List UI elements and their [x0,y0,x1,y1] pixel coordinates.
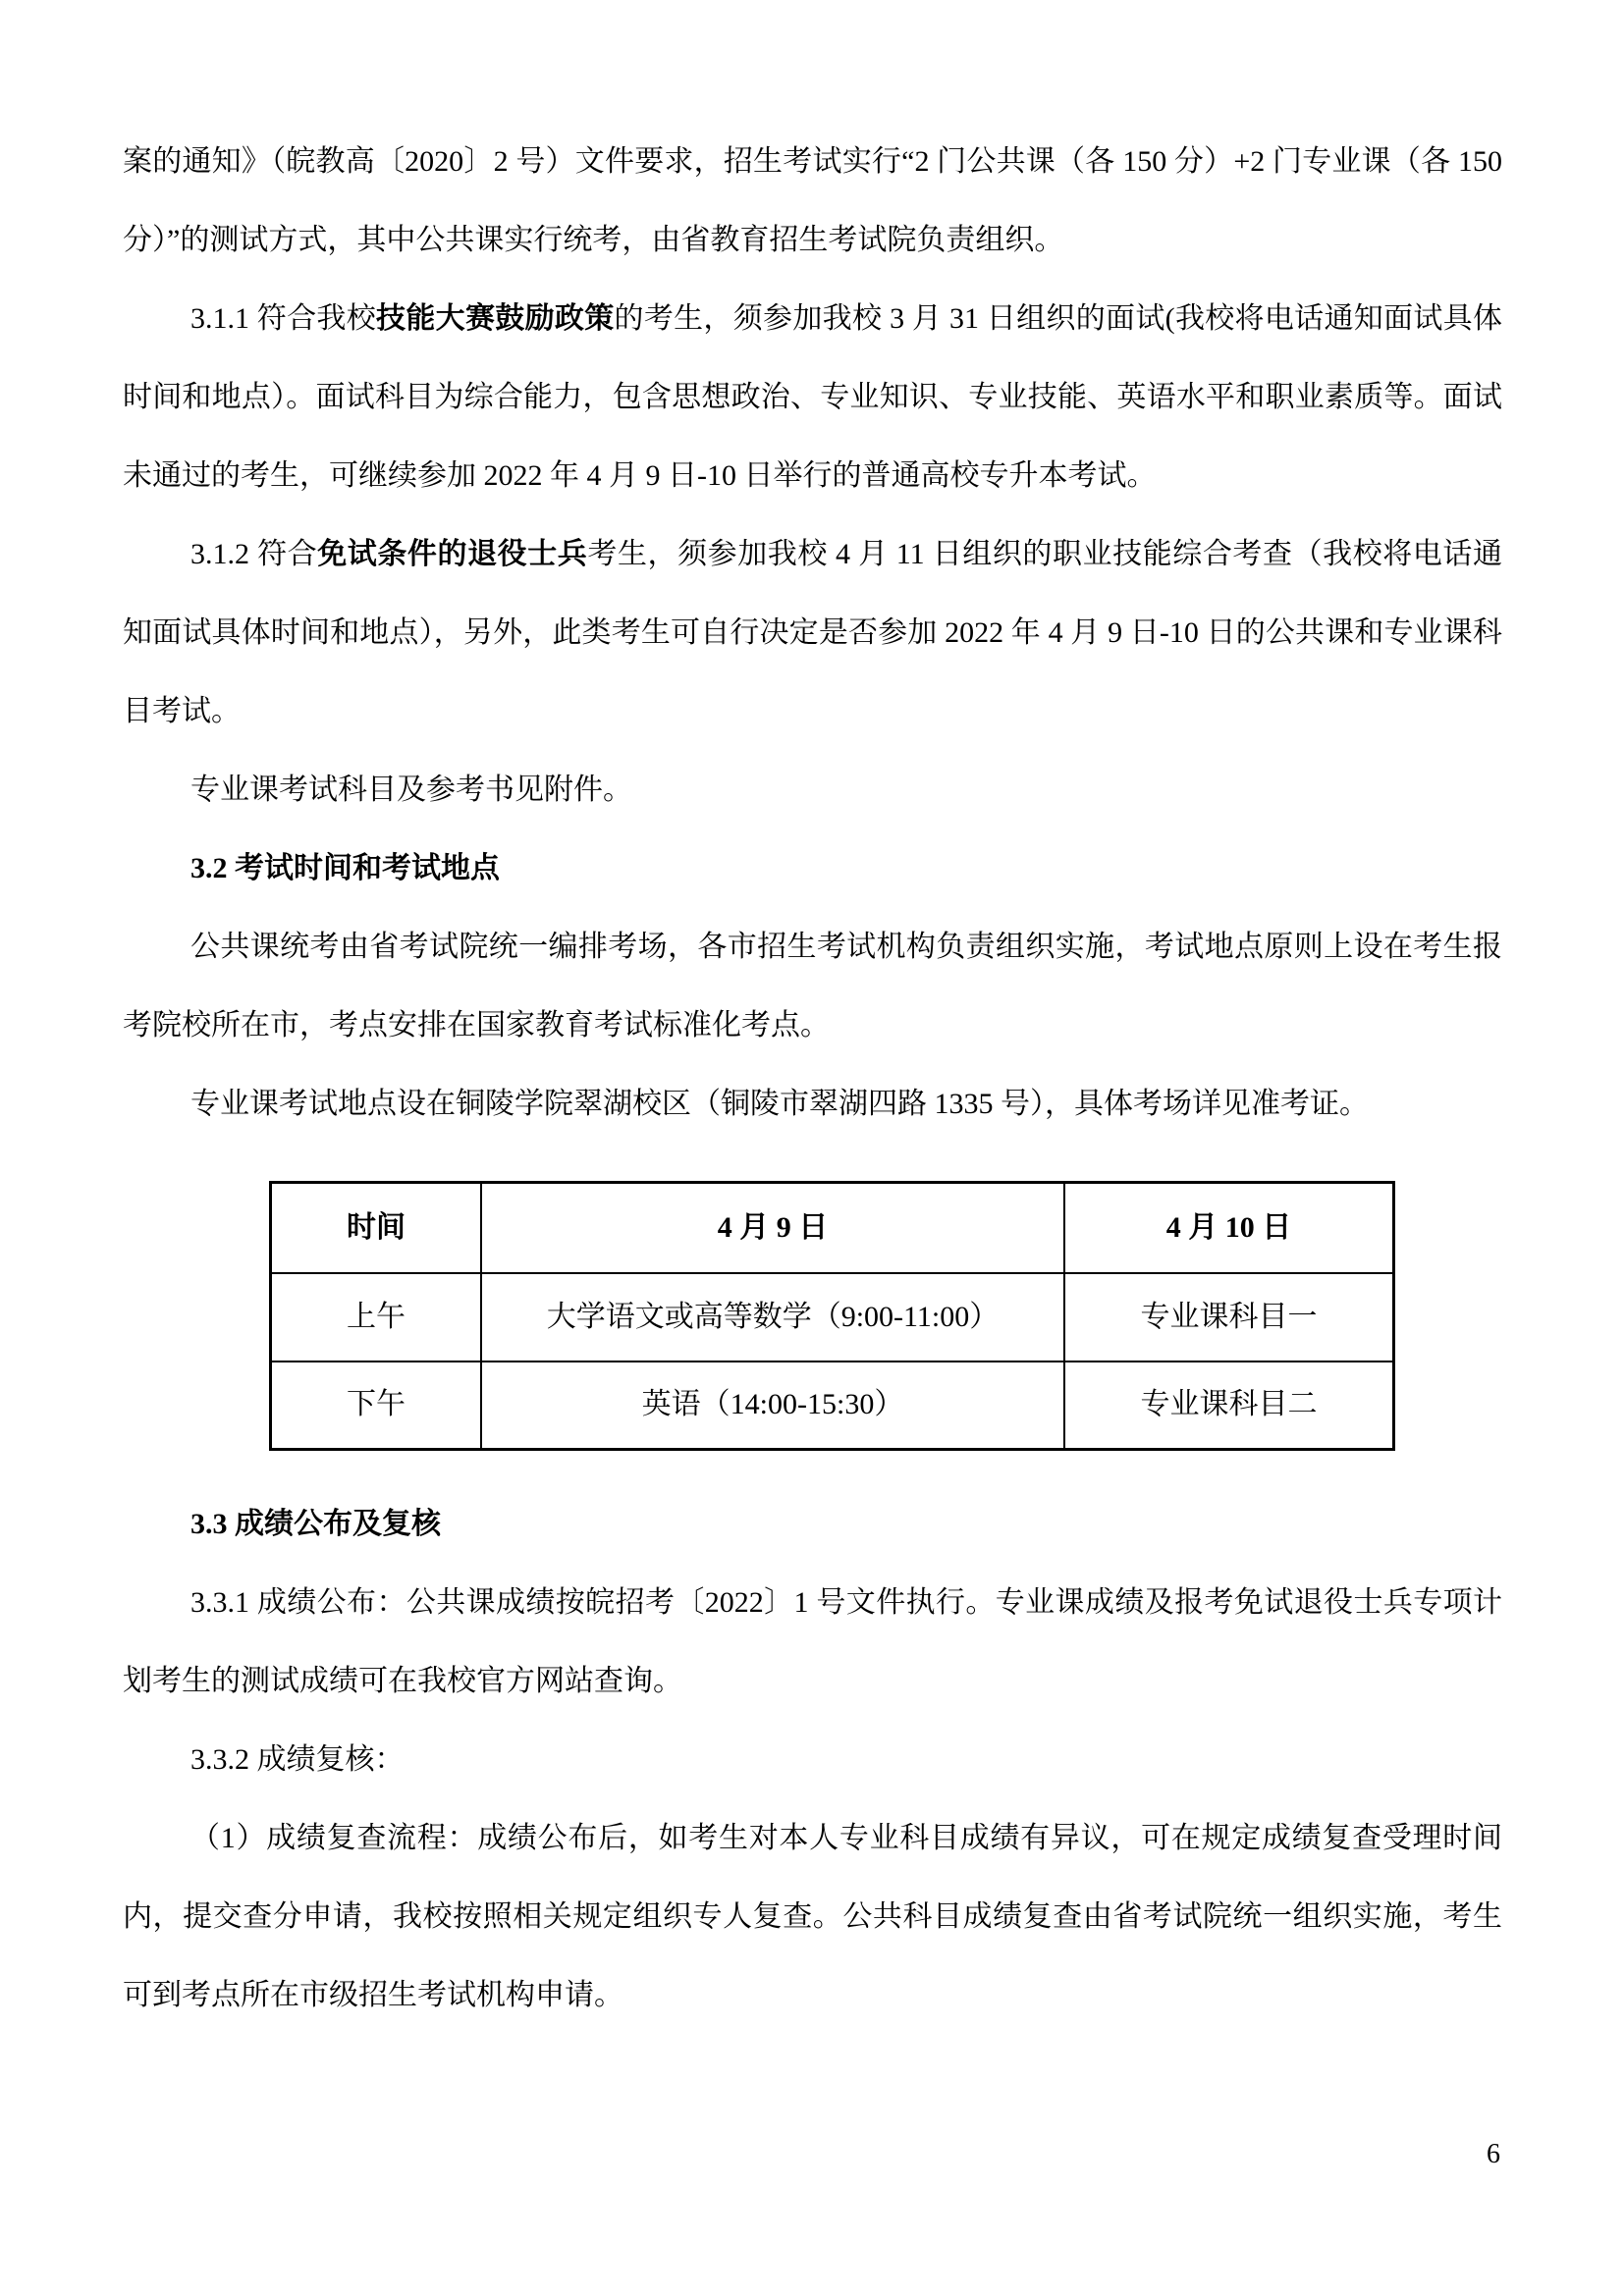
table-row: 上午 大学语文或高等数学（9:00-11:00） 专业课科目一 [271,1273,1394,1362]
table-row: 下午 英语（14:00-15:30） 专业课科目二 [271,1362,1394,1450]
paragraph-major-exam-location: 专业课考试地点设在铜陵学院翠湖校区（铜陵市翠湖四路 1335 号），具体考场详见… [123,1065,1502,1144]
table-cell-afternoon-april9: 英语（14:00-15:30） [481,1362,1064,1450]
table-header-time: 时间 [271,1183,482,1273]
paragraph-public-course-exam: 公共课统考由省考试院统一编排考场，各市招生考试机构负责组织实施，考试地点原则上设… [123,908,1502,1065]
paragraph-3-1-2: 3.1.2 符合免试条件的退役士兵考生，须参加我校 4 月 11 日组织的职业技… [123,515,1502,751]
table-cell-morning-april9: 大学语文或高等数学（9:00-11:00） [481,1273,1064,1362]
paragraph-3-3-2: 3.3.2 成绩复核： [123,1721,1502,1799]
table-header-row: 时间 4 月 9 日 4 月 10 日 [271,1183,1394,1273]
exam-schedule-table: 时间 4 月 9 日 4 月 10 日 上午 大学语文或高等数学（9:00-11… [269,1181,1395,1451]
heading-3-3: 3.3 成绩公布及复核 [123,1485,1502,1564]
document-body: 案的通知》（皖教高〔2020〕2 号）文件要求，招生考试实行“2 门公共课（各 … [123,123,1502,2035]
paragraph-score-review: （1）成绩复查流程：成绩公布后，如考生对本人专业科目成绩有异议，可在规定成绩复查… [123,1799,1502,2035]
paragraph-3-3-1: 3.3.1 成绩公布：公共课成绩按皖招考〔2022〕1 号文件执行。专业课成绩及… [123,1564,1502,1721]
table-header-april10: 4 月 10 日 [1064,1183,1394,1273]
table-cell-morning: 上午 [271,1273,482,1362]
document-page: 案的通知》（皖教高〔2020〕2 号）文件要求，招生考试实行“2 门公共课（各 … [0,0,1624,2296]
paragraph-3-1-1: 3.1.1 符合我校技能大赛鼓励政策的考生，须参加我校 3 月 31 日组织的面… [123,280,1502,515]
heading-3-2: 3.2 考试时间和考试地点 [123,829,1502,908]
paragraph-attachment-note: 专业课考试科目及参考书见附件。 [123,751,1502,829]
table-header-april9: 4 月 9 日 [481,1183,1064,1273]
table-cell-morning-april10: 专业课科目一 [1064,1273,1394,1362]
table-cell-afternoon: 下午 [271,1362,482,1450]
table-cell-afternoon-april10: 专业课科目二 [1064,1362,1394,1450]
page-number: 6 [1487,2138,1500,2171]
paragraph-intro-continuation: 案的通知》（皖教高〔2020〕2 号）文件要求，招生考试实行“2 门公共课（各 … [123,123,1502,280]
